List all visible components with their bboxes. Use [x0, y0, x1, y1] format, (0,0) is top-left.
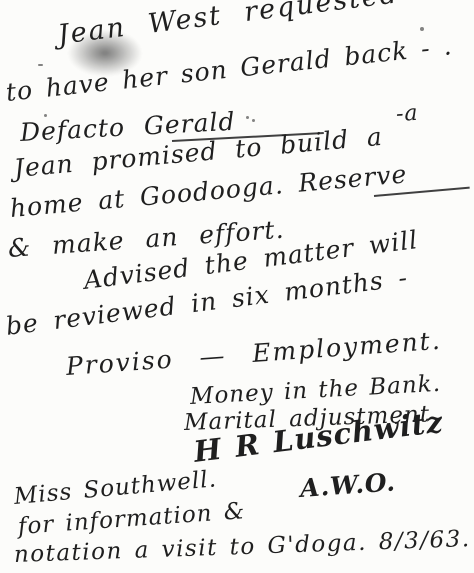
scanned-note-page: Jean West requested to have her son Gera…: [0, 0, 474, 573]
scan-speck: [44, 114, 47, 117]
scan-speck: [246, 116, 249, 119]
blank-line-annotation: -a: [395, 103, 419, 126]
scan-speck: [38, 64, 43, 66]
note-line-9: Proviso — Employment.: [65, 328, 442, 379]
scan-speck: [420, 27, 424, 31]
signature-title: A.W.O.: [299, 469, 397, 501]
scan-speck: [252, 119, 255, 122]
